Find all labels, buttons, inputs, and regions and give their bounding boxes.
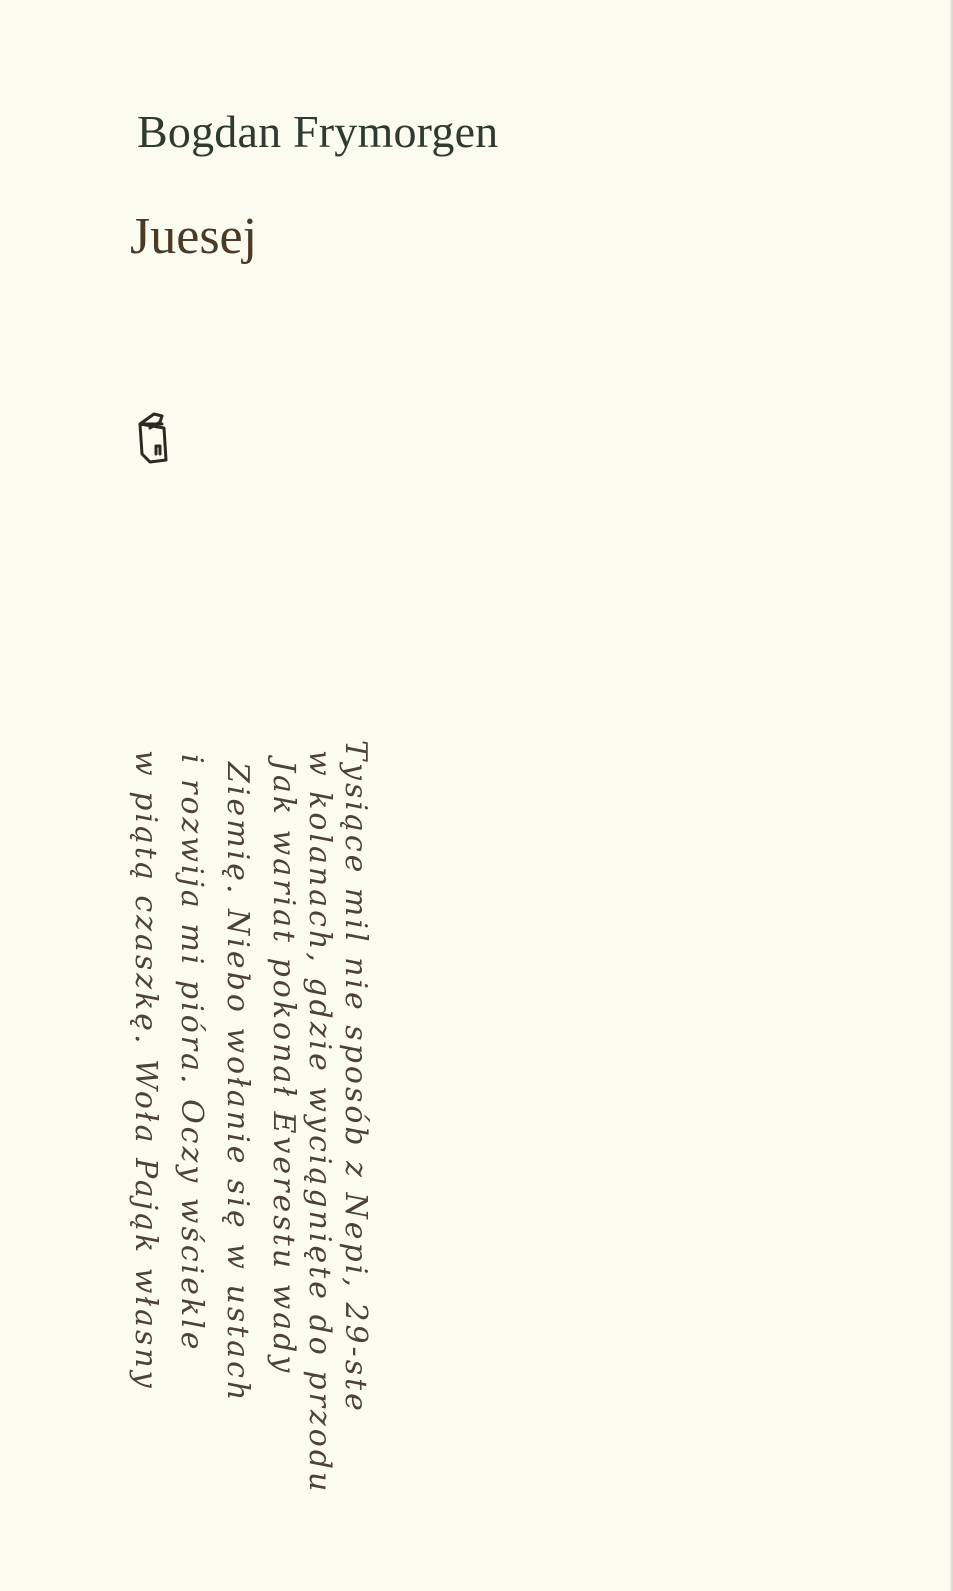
book-title: Juesej [130,206,257,268]
handwritten-line: Jak wariat pokonał Everestu wady [266,760,301,1375]
book-door-sketch-icon [136,410,176,470]
book-cover: Bogdan Frymorgen Juesej Tysiące mil nie … [0,0,953,1591]
handwritten-line: Tysiące mil nie sposób z Nepi, 29-ste [338,740,373,1414]
author-name: Bogdan Frymorgen [137,104,498,160]
handwritten-line: i rozwija mi pióra. Oczy wściekle [174,754,209,1353]
publisher-logo [136,410,176,470]
handwritten-note: Tysiące mil nie sposób z Nepi, 29-ste w … [116,740,386,1500]
handwritten-line: w kolanach, gdzie wyciągnięte do przodu [302,750,337,1494]
handwritten-line: Ziemię. Niebo wołanie się w ustach [220,762,255,1403]
handwritten-line: w piątą czaszkę. Woła Pająk własny [128,750,163,1391]
